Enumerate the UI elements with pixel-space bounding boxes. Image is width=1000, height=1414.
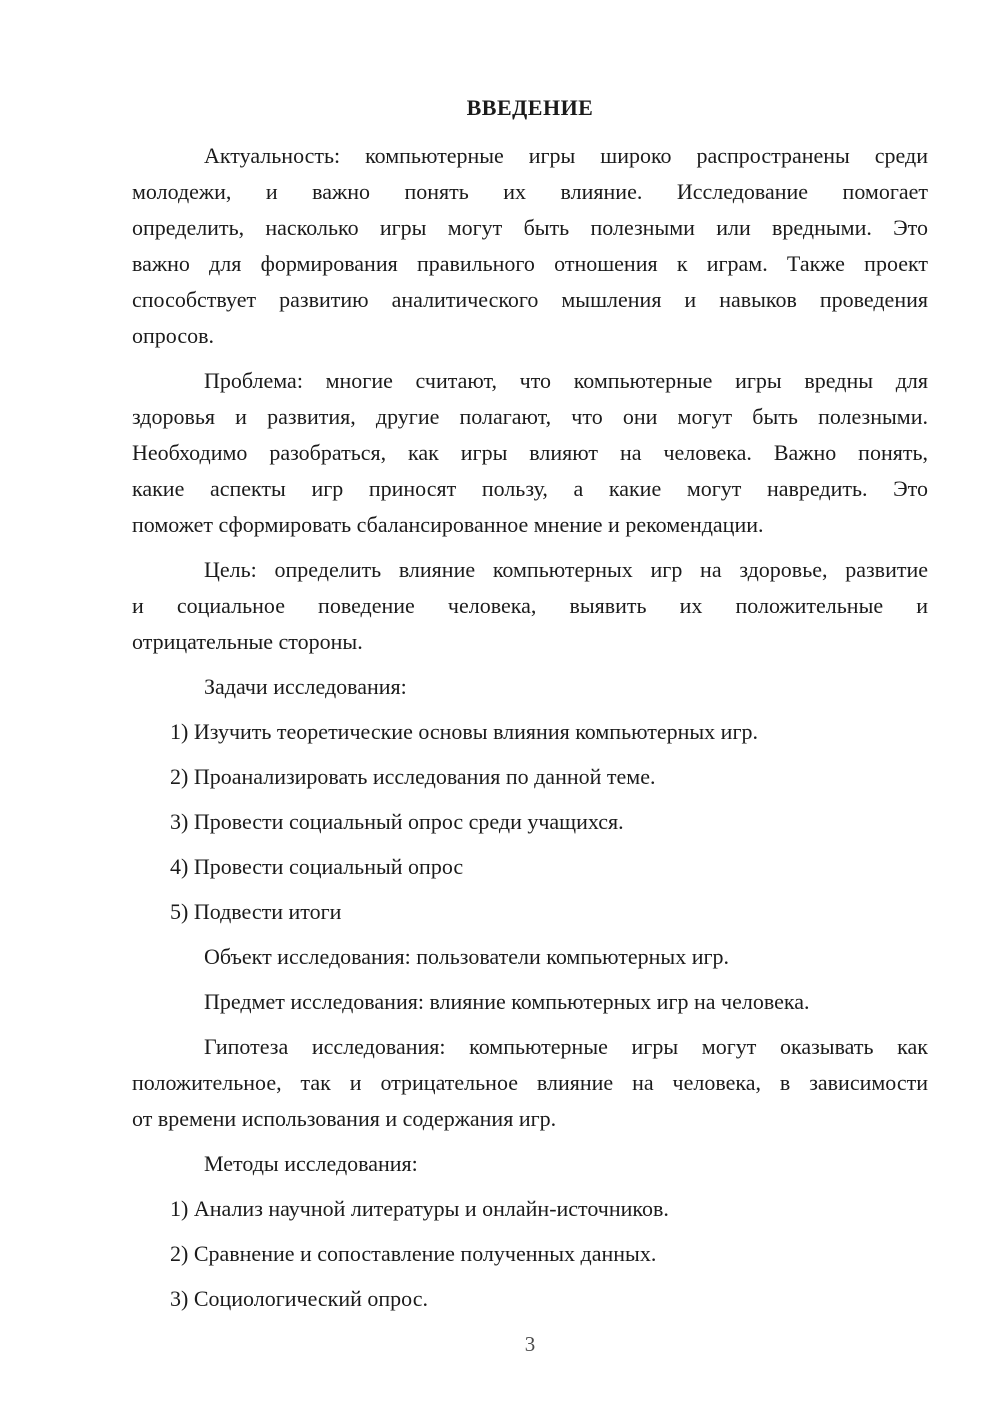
list-item: 4) Провести социальный опрос (170, 849, 928, 885)
paragraph: Цель: определить влияние компьютерных иг… (132, 552, 928, 660)
paragraph-line: поможет сформировать сбалансированное мн… (132, 507, 928, 543)
paragraph-line: определить, насколько игры могут быть по… (132, 210, 928, 246)
paragraph-line: Задачи исследования: (132, 669, 928, 705)
list-item: 5) Подвести итоги (170, 894, 928, 930)
paragraph-line: Проблема: многие считают, что компьютерн… (132, 363, 928, 399)
paragraph-line: Объект исследования: пользователи компью… (132, 939, 928, 975)
page-number: 3 (132, 1326, 928, 1362)
paragraph-line: важно для формирования правильного отнош… (132, 246, 928, 282)
list-item: 1) Изучить теоретические основы влияния … (170, 714, 928, 750)
paragraph-line: здоровья и развития, другие полагают, чт… (132, 399, 928, 435)
paragraph: Предмет исследования: влияние компьютерн… (132, 984, 928, 1020)
paragraph: Проблема: многие считают, что компьютерн… (132, 363, 928, 543)
paragraph-line: опросов. (132, 318, 928, 354)
paragraph-line: положительное, так и отрицательное влиян… (132, 1065, 928, 1101)
paragraph-line: Методы исследования: (132, 1146, 928, 1182)
list-item: 3) Провести социальный опрос среди учащи… (170, 804, 928, 840)
list-item: 2) Сравнение и сопоставление полученных … (170, 1236, 928, 1272)
paragraph-line: Актуальность: компьютерные игры широко р… (132, 138, 928, 174)
list-item: 1) Анализ научной литературы и онлайн-ис… (170, 1191, 928, 1227)
paragraph-line: молодежи, и важно понять их влияние. Исс… (132, 174, 928, 210)
paragraph: Объект исследования: пользователи компью… (132, 939, 928, 975)
paragraph-line: отрицательные стороны. (132, 624, 928, 660)
paragraph: Актуальность: компьютерные игры широко р… (132, 138, 928, 354)
paragraph-line: Предмет исследования: влияние компьютерн… (132, 984, 928, 1020)
document-blocks: Актуальность: компьютерные игры широко р… (132, 138, 928, 1317)
paragraph-line: Гипотеза исследования: компьютерные игры… (132, 1029, 928, 1065)
paragraph-line: способствует развитию аналитического мыш… (132, 282, 928, 318)
paragraph: Методы исследования: (132, 1146, 928, 1182)
paragraph: Гипотеза исследования: компьютерные игры… (132, 1029, 928, 1137)
list-item: 3) Социологический опрос. (170, 1281, 928, 1317)
list-item: 2) Проанализировать исследования по данн… (170, 759, 928, 795)
paragraph-line: Цель: определить влияние компьютерных иг… (132, 552, 928, 588)
paragraph-line: и социальное поведение человека, выявить… (132, 588, 928, 624)
paragraph-line: Необходимо разобраться, как игры влияют … (132, 435, 928, 471)
paragraph-line: какие аспекты игр приносят пользу, а как… (132, 471, 928, 507)
paragraph: Задачи исследования: (132, 669, 928, 705)
page-title: ВВЕДЕНИЕ (132, 90, 928, 126)
paragraph-line: от времени использования и содержания иг… (132, 1101, 928, 1137)
document-page: ВВЕДЕНИЕ Актуальность: компьютерные игры… (0, 0, 1000, 1414)
